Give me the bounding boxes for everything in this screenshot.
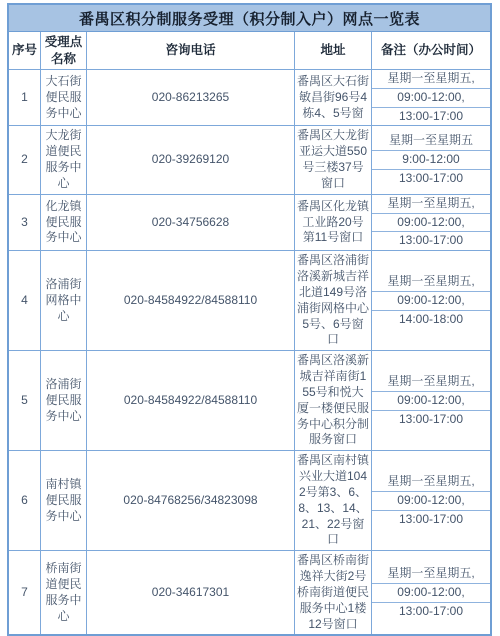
row-name: 洛浦街便民服务中心: [41, 351, 87, 450]
row-address: 番禺区大龙街亚运大道550号三楼37号窗口: [295, 126, 372, 193]
col-header-phone: 咨询电话: [87, 32, 295, 69]
remark-line: 星期一至星期五,: [372, 195, 490, 214]
remark-cell: 星期一至星期五, 09:00-12:00, 13:00-17:00: [372, 351, 490, 450]
remark-cell: 星期一至星期五, 09:00-12:00, 13:00-17:00: [372, 551, 490, 634]
remark-line: 09:00-12:00,: [372, 584, 490, 603]
remark-line: 13:00-17:00: [372, 108, 490, 126]
row-seq: 1: [9, 70, 41, 125]
row-seq: 7: [9, 551, 41, 634]
col-header-seq: 序号: [9, 32, 41, 69]
row-address: 番禺区大石街敏昌街96号4栋4、5号窗: [295, 70, 372, 125]
remark-cell: 星期一至星期五 9:00-12:00 13:00-17:00: [372, 126, 490, 193]
remark-line: 13:00-17:00: [372, 170, 490, 188]
row-name: 化龙镇便民服务中心: [41, 195, 87, 250]
remark-line: 09:00-12:00,: [372, 89, 490, 108]
row-name: 洛浦街网格中心: [41, 251, 87, 350]
row-phone: 020-34756628: [87, 195, 295, 250]
table-title: 番禺区积分制服务受理（积分制入户）网点一览表: [9, 5, 490, 32]
remark-line: 星期一至星期五: [372, 132, 490, 151]
row-phone: 020-39269120: [87, 126, 295, 193]
row-phone: 020-84584922/84588110: [87, 351, 295, 450]
row-name: 大龙街道便民服务中心: [41, 126, 87, 193]
row-address: 番禺区化龙镇工业路20号第11号窗口: [295, 195, 372, 250]
row-address: 番禺区南村镇兴业大道1042号第3、6、8、13、14、21、22号窗口: [295, 451, 372, 550]
row-address: 番禺区桥南街逸祥大街2号桥南街道便民服务中心1楼12号窗口: [295, 551, 372, 634]
row-address: 番禺区洛浦街洛溪新城吉祥北道149号洛浦街网格中心5号、6号窗口: [295, 251, 372, 350]
row-seq: 5: [9, 351, 41, 450]
table-row: 5 洛浦街便民服务中心 020-84584922/84588110 番禺区洛溪新…: [9, 351, 490, 451]
service-points-table: 番禺区积分制服务受理（积分制入户）网点一览表 序号 受理点名称 咨询电话 地址 …: [7, 3, 492, 636]
remark-line: 09:00-12:00,: [372, 214, 490, 233]
row-phone: 020-34617301: [87, 551, 295, 634]
col-header-name: 受理点名称: [41, 32, 87, 69]
row-phone: 020-86213265: [87, 70, 295, 125]
remark-line: 13:00-17:00: [372, 232, 490, 250]
remark-line: 09:00-12:00,: [372, 292, 490, 311]
col-header-remark: 备注（办公时间）: [372, 32, 490, 69]
remark-line: 14:00-18:00: [372, 311, 490, 329]
remark-line: 9:00-12:00: [372, 151, 490, 170]
row-seq: 2: [9, 126, 41, 193]
remark-cell: 星期一至星期五, 09:00-12:00, 14:00-18:00: [372, 251, 490, 350]
row-seq: 3: [9, 195, 41, 250]
remark-cell: 星期一至星期五, 09:00-12:00, 13:00-17:00: [372, 195, 490, 250]
remark-line: 13:00-17:00: [372, 411, 490, 429]
remark-cell: 星期一至星期五, 09:00-12:00, 13:00-17:00: [372, 70, 490, 125]
remark-line: 13:00-17:00: [372, 603, 490, 621]
row-name: 大石街便民服务中心: [41, 70, 87, 125]
table-header-row: 序号 受理点名称 咨询电话 地址 备注（办公时间）: [9, 32, 490, 70]
table-row: 6 南村镇便民服务中心 020-84768256/34823098 番禺区南村镇…: [9, 451, 490, 551]
row-phone: 020-84768256/34823098: [87, 451, 295, 550]
row-phone: 020-84584922/84588110: [87, 251, 295, 350]
table-row: 1 大石街便民服务中心 020-86213265 番禺区大石街敏昌街96号4栋4…: [9, 70, 490, 126]
remark-line: 13:00-17:00: [372, 511, 490, 529]
row-seq: 4: [9, 251, 41, 350]
table-row: 3 化龙镇便民服务中心 020-34756628 番禺区化龙镇工业路20号第11…: [9, 195, 490, 251]
remark-line: 09:00-12:00,: [372, 492, 490, 511]
table-row: 4 洛浦街网格中心 020-84584922/84588110 番禺区洛浦街洛溪…: [9, 251, 490, 351]
col-header-address: 地址: [295, 32, 372, 69]
table-row: 2 大龙街道便民服务中心 020-39269120 番禺区大龙街亚运大道550号…: [9, 126, 490, 194]
remark-line: 09:00-12:00,: [372, 392, 490, 411]
remark-line: 星期一至星期五,: [372, 473, 490, 492]
remark-line: 星期一至星期五,: [372, 373, 490, 392]
row-seq: 6: [9, 451, 41, 550]
row-address: 番禺区洛溪新城吉祥南街155号和悦大厦一楼便民服务中心积分制服务窗口: [295, 351, 372, 450]
remark-cell: 星期一至星期五, 09:00-12:00, 13:00-17:00: [372, 451, 490, 550]
row-name: 桥南街道便民服务中心: [41, 551, 87, 634]
remark-line: 星期一至星期五,: [372, 70, 490, 89]
remark-line: 星期一至星期五,: [372, 565, 490, 584]
table-row: 7 桥南街道便民服务中心 020-34617301 番禺区桥南街逸祥大街2号桥南…: [9, 551, 490, 634]
row-name: 南村镇便民服务中心: [41, 451, 87, 550]
remark-line: 星期一至星期五,: [372, 273, 490, 292]
